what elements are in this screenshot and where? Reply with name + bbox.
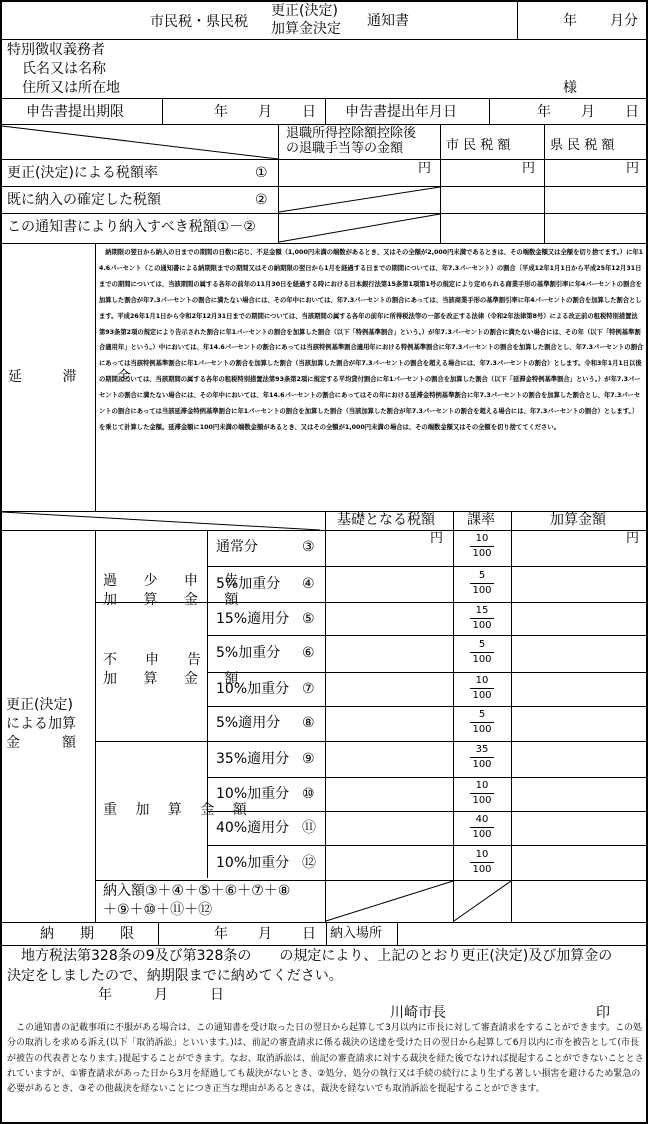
row-num: ⑫ [302, 854, 316, 872]
rate-numerator: 5 [470, 709, 494, 723]
rate-numerator: 10 [470, 533, 494, 547]
address-label: 住所又は所在地 [22, 79, 120, 97]
row-num: ④ [302, 575, 315, 593]
group-heavy-penalty: 重 加 算 金 額 [103, 801, 254, 819]
rate-fraction: 10100 [470, 675, 494, 702]
divider [2, 159, 646, 160]
rate-denominator: 100 [470, 828, 494, 841]
diagonal-slash [2, 124, 278, 159]
unit-yen: 円 [626, 531, 639, 547]
divider [440, 124, 441, 243]
rate-fraction: 10100 [470, 533, 494, 560]
divider [397, 922, 398, 945]
honorific: 様 [563, 79, 577, 97]
row-num: ⑪ [302, 819, 316, 837]
rate-numerator: 10 [470, 675, 494, 689]
row-payable-tax-label: この通知書により納入すべき税額①－② [7, 218, 256, 236]
diagonal-slash [326, 880, 453, 922]
col-rate: 課率 [467, 511, 495, 529]
filing-submitted-month[interactable]: 月 [581, 103, 595, 121]
title-tax-type: 市民税・県民税 [150, 13, 248, 31]
diagonal-slash [2, 511, 320, 531]
row-confirmed-tax-num: ② [255, 191, 268, 209]
row-label: 10%加重分 [216, 680, 289, 698]
payment-deadline-day[interactable]: 日 [302, 925, 316, 943]
rate-fraction: 40100 [470, 814, 494, 841]
divider [453, 511, 454, 922]
row-num: ③ [302, 538, 315, 556]
rate-denominator: 100 [470, 863, 494, 876]
payment-deadline-month[interactable]: 月 [258, 925, 272, 943]
col-prefecture-tax-label: 県 民 税 額 [550, 138, 614, 153]
rate-numerator: 10 [470, 849, 494, 863]
withholding-agent-label: 特別徴収義務者 [7, 41, 105, 59]
row-num: ⑩ [302, 785, 315, 803]
title-penalty-decision: 加算金決定 [271, 20, 341, 38]
divider [95, 741, 646, 742]
delinquency-text: 納期限の翌日から納入の日までの期間の日数に応じ、不足金額（1,000円未満の端数… [99, 245, 644, 509]
statement-day: 日 [210, 986, 224, 1004]
divider [326, 922, 327, 945]
statement-month: 月 [154, 986, 168, 1004]
row-label: 5%加重分 [216, 575, 280, 593]
divider [2, 39, 646, 40]
row-num: ⑧ [302, 714, 315, 732]
divider [2, 530, 646, 531]
statement-line2: 決定をしましたので、納期限までに納めてください。 [7, 967, 343, 985]
unit-yen: 円 [626, 161, 639, 177]
filing-submitted-day[interactable]: 日 [625, 103, 639, 121]
row-confirmed-tax-label: 既に納入の確定した税額 [7, 191, 161, 209]
divider [95, 530, 96, 922]
period-year: 年 [563, 12, 577, 30]
divider [207, 566, 646, 567]
row-label: 15%適用分 [216, 610, 289, 628]
rate-numerator: 5 [470, 570, 494, 584]
col-city-tax-label: 市 民 税 額 [446, 134, 510, 153]
divider [158, 922, 159, 945]
row-num: ⑨ [302, 750, 315, 768]
row-label: 10%加重分 [216, 785, 289, 803]
rate-denominator: 100 [470, 794, 494, 807]
row-label: 40%適用分 [216, 819, 289, 837]
divider [207, 672, 646, 673]
statement-line1: 地方税法第328条の9及び第328条の の規定により、上記のとおり更正(決定)及… [7, 947, 612, 965]
col-base-tax: 基礎となる税額 [337, 511, 435, 529]
divider [207, 635, 646, 636]
divider [207, 777, 646, 778]
divider [511, 511, 512, 922]
rate-numerator: 10 [470, 780, 494, 794]
row-corrected-tax-label: 更正(決定)による税額率 [7, 164, 158, 182]
divider [325, 98, 326, 124]
divider [207, 845, 646, 846]
row-num: ⑤ [302, 610, 315, 628]
appeal-notice: この通知書の記載事項に不服がある場合は、この通知書を受け取った日の翌日から起算し… [7, 1021, 645, 1097]
rate-denominator: 100 [470, 723, 494, 736]
divider [207, 811, 646, 812]
statement-year: 年 [98, 986, 112, 1004]
period-month: 月分 [610, 12, 638, 30]
rate-denominator: 100 [470, 547, 494, 560]
divider [95, 602, 646, 603]
rate-fraction: 5100 [470, 639, 494, 666]
col-retirement-amount-line2: の退職手当等の金額 [286, 141, 403, 157]
outer-label-line3: 金 額 [6, 734, 76, 752]
divider [2, 922, 646, 923]
rate-numerator: 15 [470, 605, 494, 619]
issuer: 川崎市長 [390, 1004, 446, 1022]
divider [207, 706, 646, 707]
outer-label-line2: による加算 [6, 715, 76, 733]
title-notice: 通知書 [367, 12, 409, 30]
rate-numerator: 40 [470, 814, 494, 828]
payment-deadline-year[interactable]: 年 [214, 925, 228, 943]
rate-fraction: 10100 [470, 780, 494, 807]
row-corrected-tax-num: ① [255, 164, 268, 182]
col-city-tax: 市 民 税 額 [446, 134, 538, 153]
total-formula-line1: 納入額③＋④＋⑤＋⑥＋⑦＋⑧ [103, 882, 290, 900]
diagonal-slash [279, 186, 440, 213]
rate-fraction: 5100 [470, 570, 494, 597]
row-num: ⑦ [302, 680, 315, 698]
title-correction: 更正(決定) [271, 2, 338, 20]
rate-numerator: 35 [470, 744, 494, 758]
col-prefecture-tax: 県 民 税 額 [550, 134, 644, 153]
payment-place-label: 納入場所 [330, 926, 382, 942]
col-retirement-amount-line1: 退職所得控除額控除後 [286, 126, 416, 142]
divider [325, 511, 326, 922]
rate-denominator: 100 [470, 758, 494, 771]
row-label: 5%適用分 [216, 714, 280, 732]
divider [2, 98, 646, 99]
divider [489, 98, 490, 124]
name-label: 氏名又は名称 [22, 60, 106, 78]
col-penalty-amount: 加算金額 [550, 511, 606, 529]
diagonal-slash [454, 880, 511, 922]
rate-fraction: 15100 [470, 605, 494, 632]
rate-fraction: 35100 [470, 744, 494, 771]
row-label: 通常分 [216, 538, 258, 556]
payment-deadline-label: 納 期 限 [40, 925, 140, 943]
row-num: ⑥ [302, 644, 315, 662]
unit-yen: 円 [418, 161, 431, 177]
unit-yen: 円 [430, 531, 443, 547]
rate-denominator: 100 [470, 689, 494, 702]
row-label: 5%加重分 [216, 644, 280, 662]
row-label: 35%適用分 [216, 750, 289, 768]
diagonal-slash [279, 213, 440, 243]
outer-label-line1: 更正(決定) [6, 696, 73, 714]
rate-numerator: 5 [470, 639, 494, 653]
rate-fraction: 5100 [470, 709, 494, 736]
divider [517, 2, 518, 40]
divider [2, 945, 646, 946]
row-label: 10%加重分 [216, 854, 289, 872]
divider [2, 243, 646, 244]
divider [162, 98, 163, 124]
filing-deadline-label: 申告書提出期限 [26, 103, 124, 121]
divider [544, 124, 545, 243]
filing-submitted-year[interactable]: 年 [537, 103, 551, 121]
filing-deadline-day[interactable]: 日 [302, 103, 316, 121]
seal-mark: 印 [596, 1004, 610, 1022]
rate-denominator: 100 [470, 584, 494, 597]
filing-deadline-month[interactable]: 月 [258, 103, 272, 121]
unit-yen: 円 [522, 161, 535, 177]
total-formula-line2: ＋⑨＋⑩＋⑪＋⑫ [103, 901, 212, 919]
rate-fraction: 10100 [470, 849, 494, 876]
rate-denominator: 100 [470, 619, 494, 632]
filing-deadline-year[interactable]: 年 [214, 103, 228, 121]
group-underreport-line2: 加 算 金 額 [103, 591, 249, 609]
rate-denominator: 100 [470, 653, 494, 666]
filing-submitted-label: 申告書提出年月日 [345, 103, 457, 121]
group-nonfiling-line1: 不 申 告 [103, 651, 201, 669]
